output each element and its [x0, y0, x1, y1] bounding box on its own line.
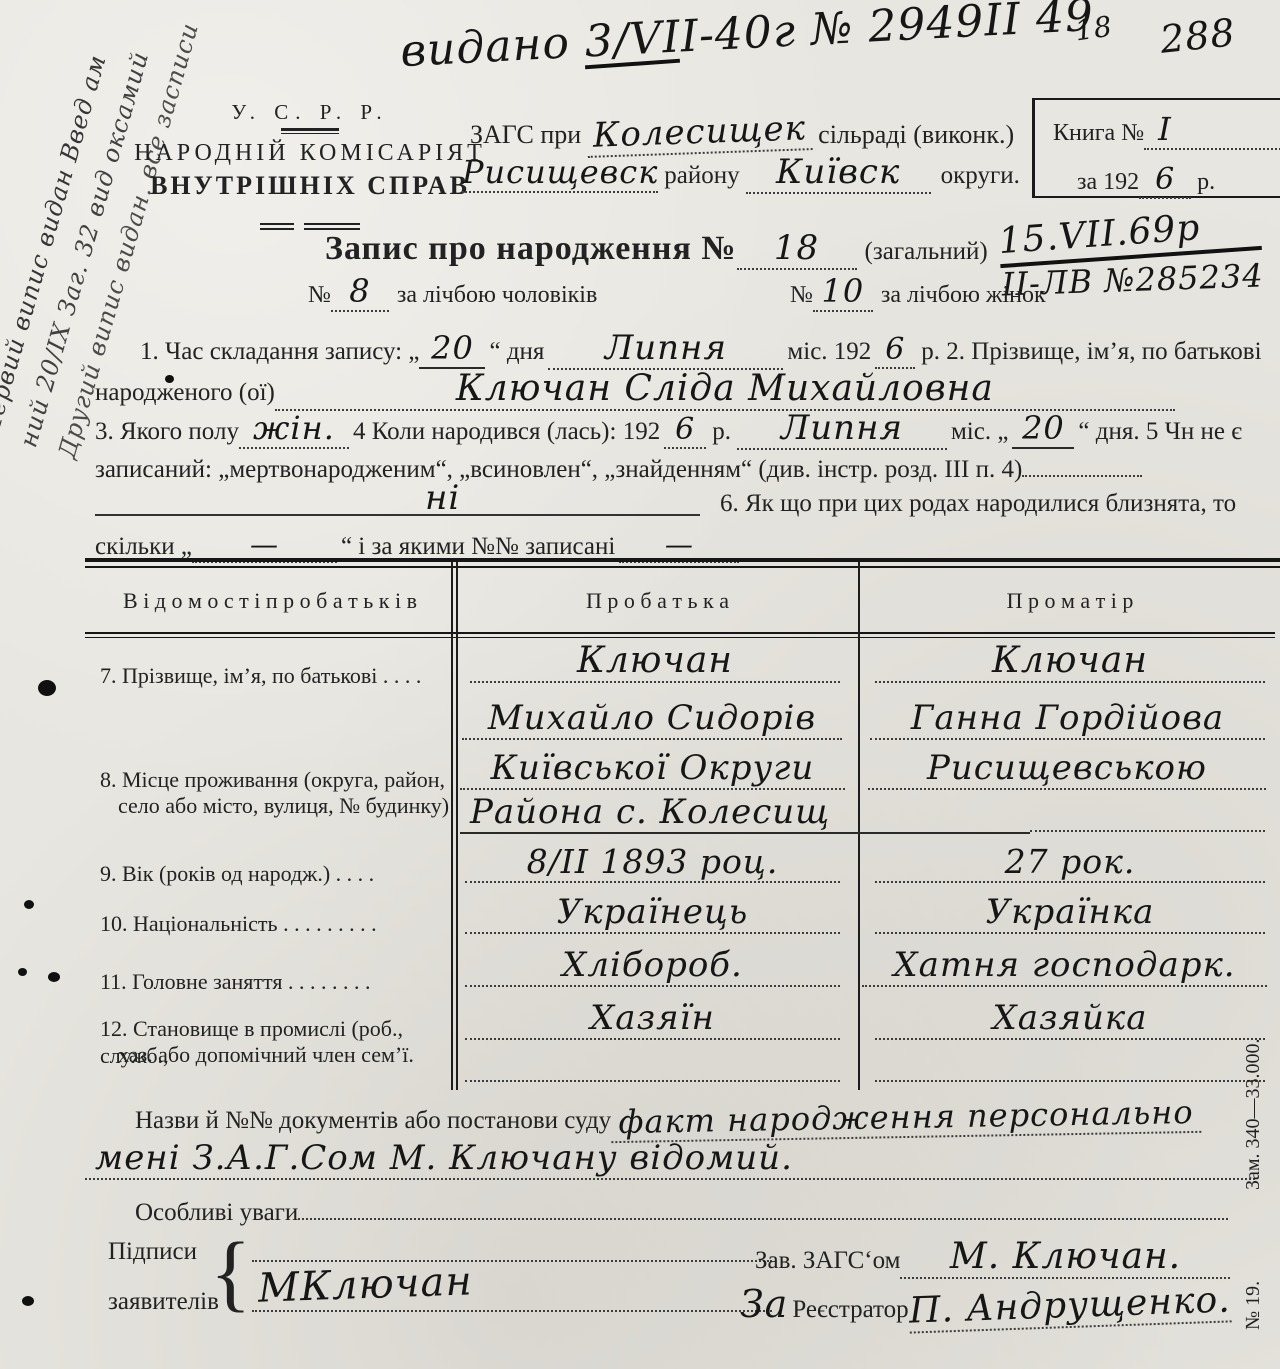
- ink-spot: [22, 1296, 34, 1306]
- commissariat-title-line2: ВНУТРІШНІХ СПРАВ: [130, 171, 490, 201]
- female-counter-text: за лічбою жінок: [881, 282, 1046, 309]
- father-name-handwritten: Михайло Сидорів: [462, 698, 842, 740]
- sex-label: 3. Якого полу: [95, 418, 239, 446]
- registrar-prefix-handwritten: За: [740, 1282, 788, 1326]
- notes-line: Особливі уваги: [135, 1196, 1228, 1227]
- table-header-mother: П р о м а т і р: [870, 588, 1270, 614]
- signatures-brace: {: [210, 1222, 251, 1322]
- zags-line1: ЗАГС при Колесищек сільраді (виконк.): [470, 112, 1014, 154]
- male-no-label: №: [308, 282, 331, 309]
- record-title-suffix: (загальний): [865, 238, 988, 266]
- blank-dotted: [875, 1078, 1265, 1082]
- birth-day-prefix: міс. „: [951, 418, 1008, 446]
- documents-handwritten-2: мені З.А.Г.Сом М. Ключану відомий.: [85, 1138, 1255, 1180]
- blank-dotted: [1022, 455, 1142, 477]
- divider-ornament: [281, 128, 339, 134]
- table-header-father: П р о б а т ь к а: [465, 588, 850, 614]
- commissariat-title-line1: НАРОДНІЙ КОМІСАРІЯТ: [130, 140, 490, 167]
- form-line-3: 3. Якого полу жін. 4 Коли народився (лас…: [95, 408, 1242, 450]
- birth-year-suffix: р.: [712, 418, 731, 446]
- mother-status-handwritten: Хазяйка: [875, 998, 1265, 1040]
- registrar-line: За Реєстратор П. Андрущенко.: [740, 1282, 1230, 1328]
- record-number-handwritten: 18: [737, 228, 857, 270]
- father-occupation-handwritten: Хлібороб.: [465, 945, 840, 987]
- line3-post: “ дня. 5 Чн не є: [1078, 418, 1242, 446]
- signatures-label-line1: Підписи: [108, 1238, 197, 1266]
- okruga-label: округи.: [941, 162, 1020, 190]
- father-status-handwritten: Хазяїн: [465, 998, 840, 1040]
- signature-line-2: [252, 1308, 772, 1312]
- line1-prefix: 1. Час складання запису: „: [140, 338, 419, 366]
- applicant-signature-handwritten: МКлючан: [257, 1258, 473, 1311]
- issue-note-handwritten: видано 3/VII-40г № 2949ІІ 49: [399, 0, 1095, 77]
- form-number-info: № 19.: [1242, 1281, 1265, 1330]
- sex-handwritten: жін.: [239, 409, 349, 449]
- blank-dotted: [298, 1196, 1228, 1220]
- district-name-handwritten: Рисищевск: [462, 153, 658, 193]
- zags-head-label: Зав. ЗАГС‘ом: [755, 1247, 900, 1275]
- row8-label-line2: село або місто, вулиця, № будинку): [118, 792, 468, 819]
- record-day-handwritten: 20: [419, 329, 485, 369]
- blank-dotted: [465, 1078, 840, 1082]
- child-name-handwritten: Ключан Сліда Михайловна: [275, 368, 1175, 411]
- ink-spot: [48, 972, 60, 982]
- ink-spot: [38, 680, 56, 696]
- district-label: району: [664, 162, 739, 190]
- mother-surname-handwritten: Ключан: [875, 640, 1265, 683]
- ink-spot: [24, 900, 34, 909]
- answer-underline: [95, 514, 700, 516]
- blank-dotted: [1030, 828, 1265, 832]
- republic-abbr: У. С. Р. Р.: [130, 100, 490, 125]
- mother-name-handwritten: Ганна Гордійова: [870, 698, 1265, 740]
- male-number-handwritten: 8: [331, 272, 389, 312]
- table-top-rule: [85, 558, 1280, 568]
- line1-mid2: міс. 192: [787, 338, 871, 366]
- record-title: Запис про народження № 18 (загальний): [325, 228, 988, 270]
- birth-day-handwritten: 20: [1012, 409, 1074, 449]
- zags-head-signature-handwritten: М. Ключан.: [900, 1236, 1230, 1279]
- book-number-handwritten: I: [1144, 110, 1280, 150]
- female-counter: № 10 за лічбою жінок: [790, 272, 1046, 312]
- line1-post: р. 2. Прізвище, ім’я, по батькові: [921, 338, 1261, 366]
- zags-suffix: сільраді (виконк.): [818, 120, 1014, 150]
- line1-mid: “ дня: [489, 338, 544, 366]
- row8-label-line1: 8. Місце проживання (округа, район,: [100, 766, 450, 793]
- mother-occupation-handwritten: Хатня господарк.: [862, 945, 1267, 987]
- mother-age-handwritten: 27 рок.: [875, 842, 1265, 883]
- form-line-2: народженого (ої) Ключан Сліда Михайловна: [95, 368, 1175, 411]
- father-age-handwritten: 8/ІІ 1893 роц.: [465, 842, 840, 883]
- table-vline-1: [451, 562, 458, 1090]
- page-number-small: 18: [1073, 10, 1115, 48]
- book-year-handwritten: 6: [1139, 162, 1191, 199]
- record-month-handwritten: Липня: [548, 328, 783, 370]
- residence-village-handwritten: Района с. Колесищ: [460, 792, 1030, 834]
- father-surname-handwritten: Ключан: [470, 640, 840, 683]
- twins-numbers-label: “ і за якими №№ записані: [341, 533, 615, 561]
- father-nationality-handwritten: Українець: [465, 892, 840, 934]
- row10-label: 10. Національність . . . . . . . . .: [100, 910, 445, 937]
- book-label: Книга №: [1053, 120, 1144, 147]
- signatures-label-line2: заявителів: [108, 1288, 219, 1316]
- commissariat-block: У. С. Р. Р. НАРОДНІЙ КОМІСАРІЯТ ВНУТРІШН…: [130, 100, 490, 235]
- female-no-label: №: [790, 282, 813, 309]
- page-number-big: 288: [1158, 10, 1238, 62]
- twins-count-prefix: скільки „: [95, 533, 192, 561]
- mother-nationality-handwritten: Українка: [875, 892, 1265, 934]
- residence-district-handwritten: Рисищевською: [868, 748, 1266, 790]
- documents-line: Назви й №№ документів або постанови суду…: [135, 1098, 1201, 1138]
- row11-label: 11. Головне заняття . . . . . . . .: [100, 968, 445, 995]
- okruga-name-handwritten: Київск: [746, 152, 931, 194]
- table-header-parents: В і д о м о с т і п р о б а т ь к і в: [95, 588, 445, 614]
- row12-label-line2: хаз. або допомічний член сем’ї.: [118, 1041, 473, 1068]
- child-label: народженого (ої): [95, 379, 275, 407]
- row7-label: 7. Прізвище, ім’я, по батькові . . . .: [100, 662, 445, 689]
- female-number-handwritten: 10: [813, 272, 873, 312]
- birth-date-label: 4 Коли народився (лась): 192: [353, 418, 660, 446]
- birth-record-document: видано 3/VII-40г № 2949ІІ 49 18 288 Перв…: [0, 0, 1280, 1369]
- residence-okruga-handwritten: Київської Округи: [460, 748, 845, 790]
- zags-prefix: ЗАГС при: [470, 120, 581, 150]
- zags-head-line: Зав. ЗАГС‘ом М. Ключан.: [755, 1236, 1230, 1279]
- book-year-prefix: за 192: [1077, 169, 1139, 196]
- record-year-handwritten: 6: [875, 332, 915, 369]
- registrar-label: Реєстратор: [792, 1296, 908, 1324]
- registrar-signature-handwritten: П. Андрущенко.: [908, 1279, 1231, 1333]
- documents-label: Назви й №№ документів або постанови суду: [135, 1107, 611, 1135]
- table-header-rule: [85, 632, 1275, 638]
- stillborn-answer-handwritten: ні: [425, 478, 700, 518]
- form-line-1: 1. Час складання запису: „ 20 “ дня Липн…: [140, 328, 1262, 370]
- birth-year-handwritten: 6: [664, 412, 706, 449]
- twins-label: 6. Як що при цих родах народилися близня…: [720, 490, 1236, 518]
- book-year-suffix: р.: [1197, 169, 1215, 196]
- book-box: Книга № I за 192 6 р.: [1032, 98, 1280, 198]
- birth-month-handwritten: Липня: [737, 408, 947, 450]
- record-title-text: Запис про народження №: [325, 230, 737, 268]
- male-counter-text: за лічбою чоловіків: [397, 282, 597, 309]
- documents-handwritten-1: факт народження персонально: [611, 1093, 1202, 1143]
- print-order-info: Зам. 340—33.000.: [1242, 1038, 1265, 1190]
- male-counter: № 8 за лічбою чоловіків: [308, 272, 597, 312]
- zags-line2: Рисищевск району Київск округи.: [462, 152, 1020, 194]
- signature-line-1: [252, 1258, 772, 1262]
- form-line-5-left: ні: [95, 478, 700, 516]
- selsoviet-name-handwritten: Колесищек: [587, 108, 813, 158]
- ink-spot: [18, 968, 27, 976]
- row9-label: 9. Вік (років од народж.) . . . .: [100, 860, 445, 887]
